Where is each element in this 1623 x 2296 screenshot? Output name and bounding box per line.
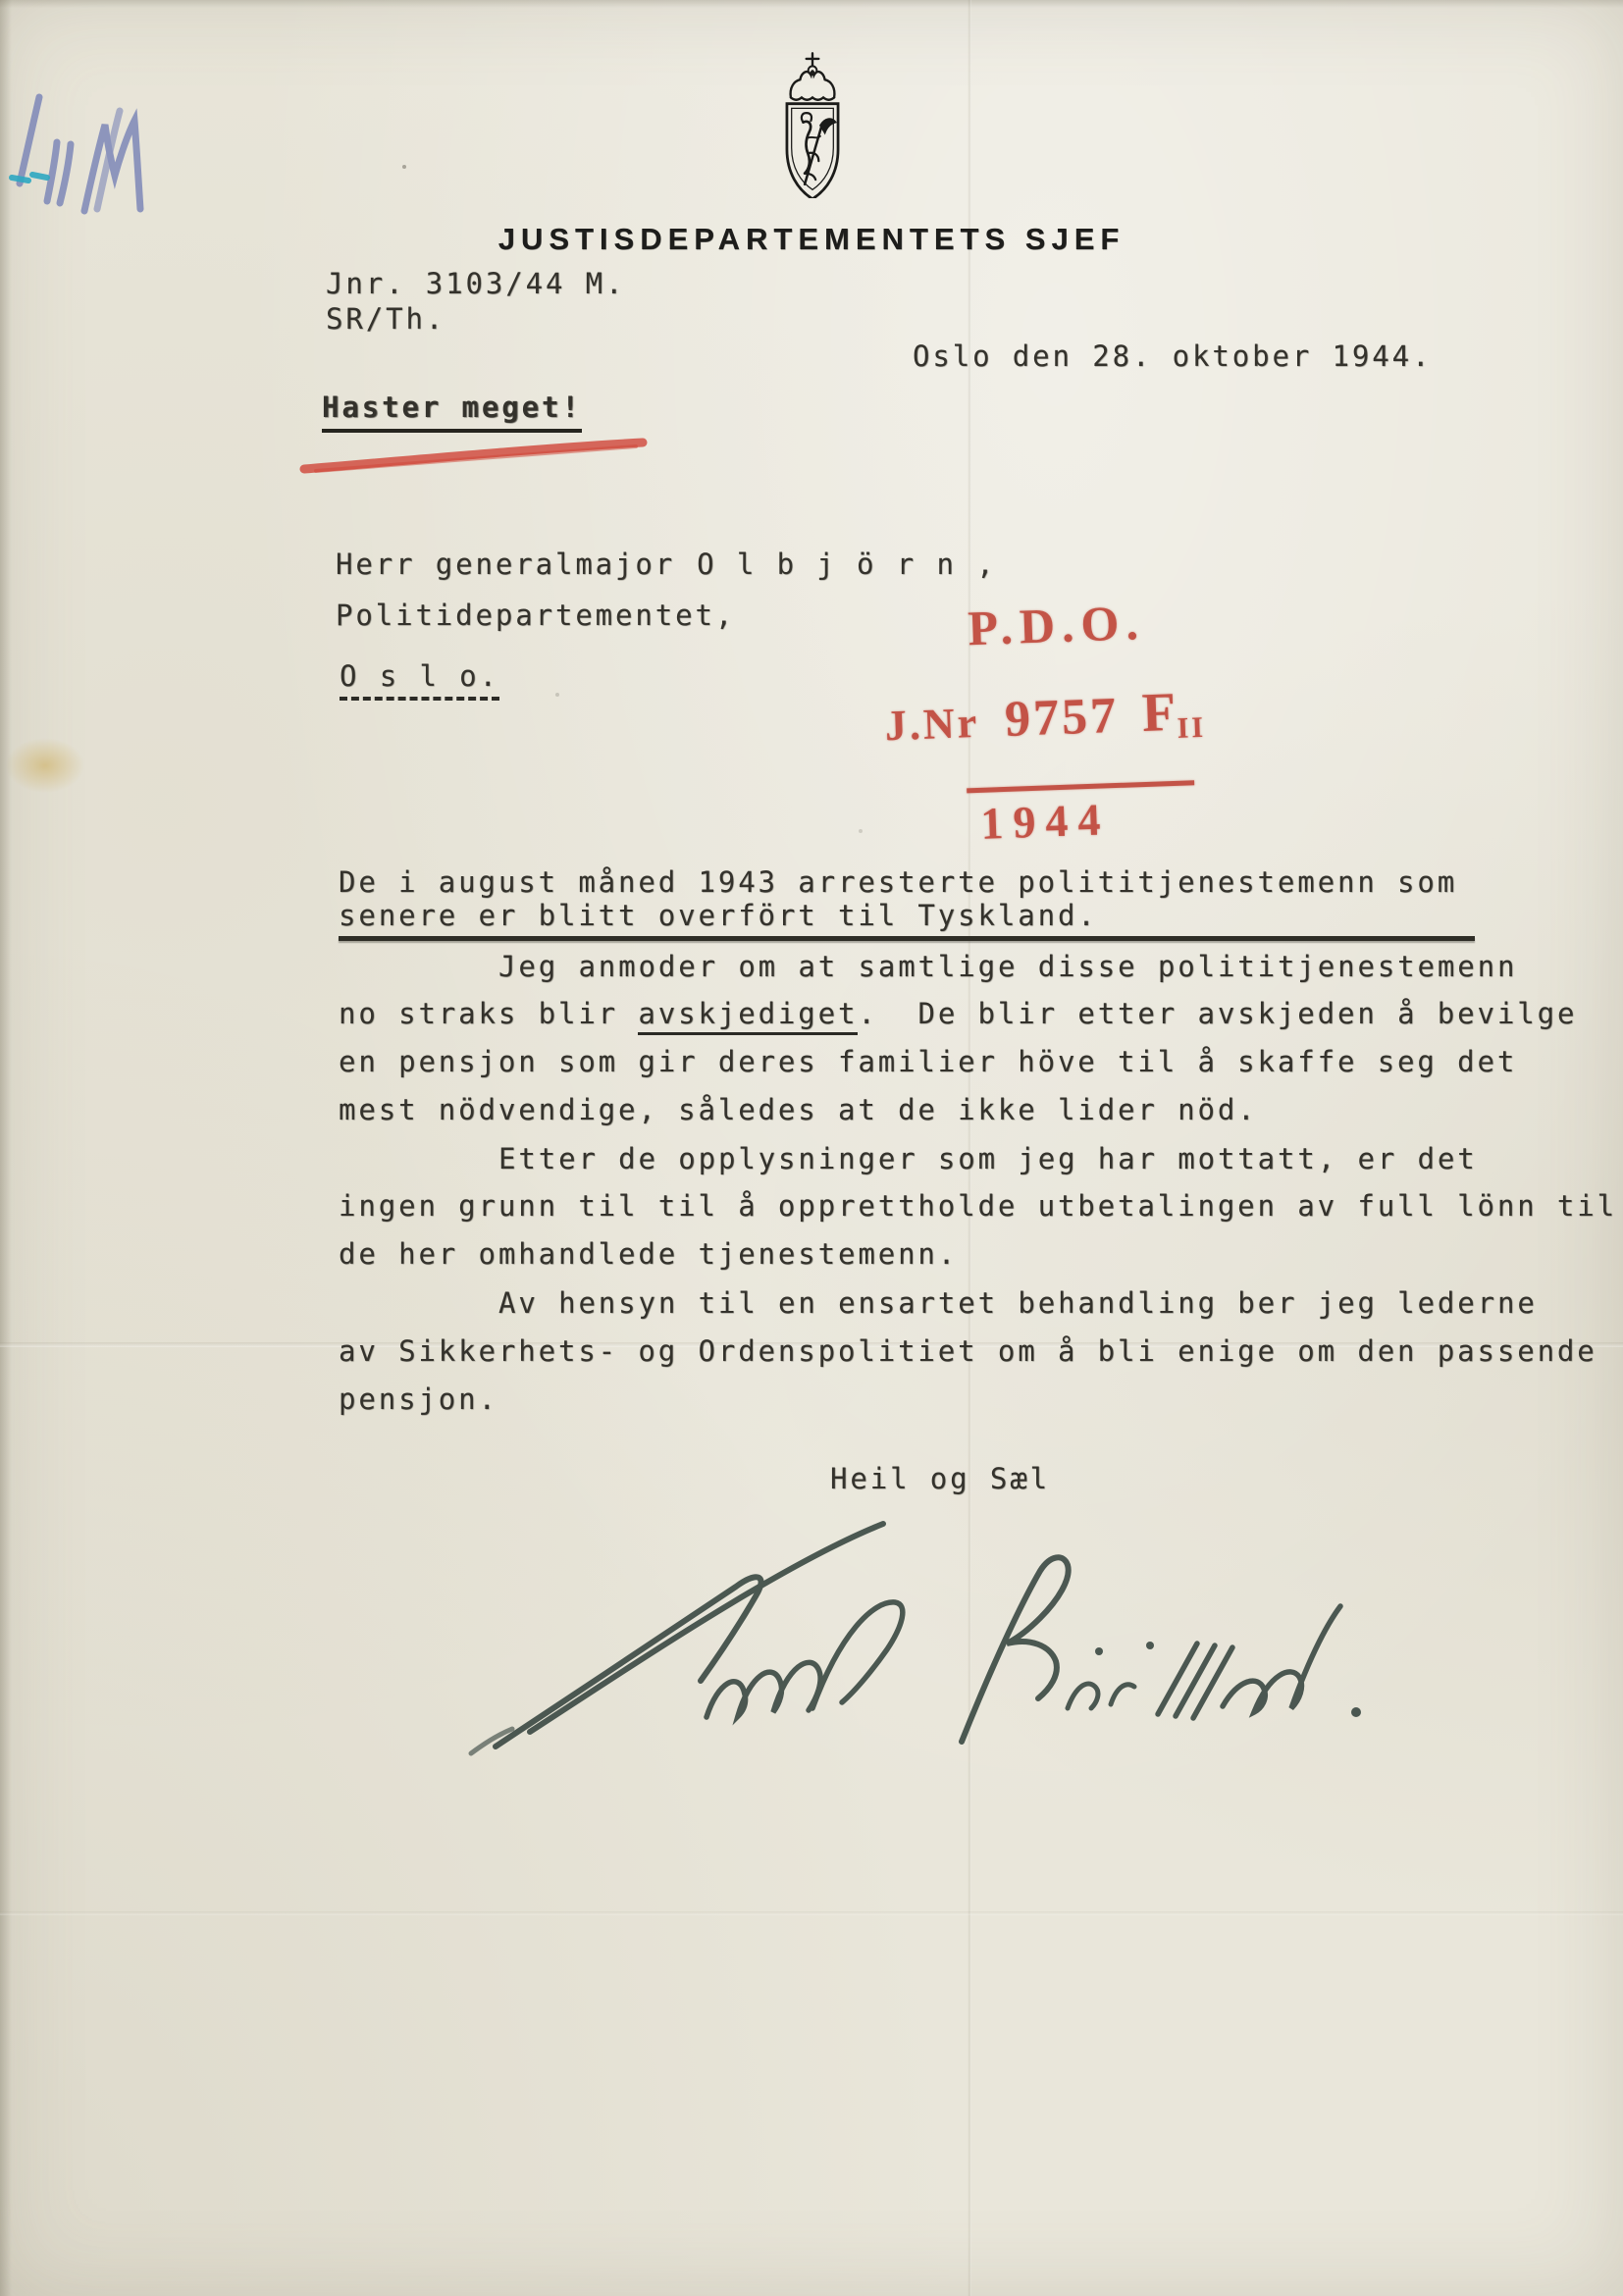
ink-speck <box>555 693 559 697</box>
fold-crease-horizontal-2 <box>0 1911 1623 1915</box>
urgency-note: Haster meget! <box>322 391 582 424</box>
scan-edge-left <box>0 0 12 2296</box>
body-line: mest nödvendige, således at de ikke lide… <box>339 1093 1258 1126</box>
body-line: av Sikkerhets- og Ordenspolitiet om å bl… <box>339 1334 1597 1368</box>
closing-salutation: Heil og Sæl <box>830 1462 1050 1495</box>
stamp-org: P.D.O. <box>967 594 1145 656</box>
subject-underline <box>339 936 1475 941</box>
recipient-line-1: Herr generalmajorO l b j ö r n , <box>336 548 997 581</box>
stamp-code: F <box>1141 682 1179 744</box>
subject-line-2: senere er blitt overfört til Tyskland. <box>339 899 1098 932</box>
underlined-word: avskjediget <box>638 997 858 1035</box>
recipient-line-2: Politidepartementet, <box>336 599 735 632</box>
body-line: de her omhandlede tjenestemenn. <box>339 1237 958 1271</box>
stamp-journal-line: J.Nr9757FII <box>884 680 1209 754</box>
letter-page: JUSTISDEPARTEMENTETS SJEF Jnr. 3103/44 M… <box>0 0 1623 2296</box>
registry-stamp: P.D.O. J.Nr9757FII 1944 <box>859 582 1261 870</box>
ink-speck <box>859 829 863 833</box>
paper-stain <box>6 738 84 793</box>
recipient-name: O l b j ö r n , <box>697 548 996 581</box>
ink-speck <box>402 165 406 169</box>
recipient-title: Herr generalmajor <box>336 548 675 581</box>
urgency-text: Haster meget! <box>322 391 582 433</box>
signature-scrawl <box>412 1506 1374 1761</box>
subject-line-1: De i august måned 1943 arresterte politi… <box>339 865 1457 899</box>
clerk-initials: SR/Th. <box>326 302 445 336</box>
journal-number: Jnr. 3103/44 M. <box>326 267 625 300</box>
recipient-line-3: O s l o. <box>340 659 499 693</box>
stamp-journal-label: J.Nr <box>884 699 980 750</box>
body-line: pensjon. <box>339 1383 498 1416</box>
body-line: Av hensyn til en ensartet behandling ber… <box>498 1286 1538 1320</box>
norway-coat-of-arms-icon <box>773 51 852 198</box>
body-line: Etter de opplysninger som jeg har mottat… <box>498 1142 1478 1175</box>
stamp-year: 1944 <box>979 793 1111 850</box>
date-line: Oslo den 28. oktober 1944. <box>913 339 1432 373</box>
scan-edge-top <box>0 0 1623 8</box>
body-line: ingen grunn til til å opprettholde utbet… <box>339 1189 1617 1223</box>
body-line: en pensjon som gir deres familier höve t… <box>339 1045 1517 1078</box>
stamp-journal-number: 9757 <box>1004 688 1120 748</box>
body-line: Jeg anmoder om at samtlige disse politit… <box>498 950 1517 983</box>
body-segment: . De blir etter avskjeden å bevilge <box>858 997 1577 1030</box>
body-segment: no straks blir <box>339 997 638 1030</box>
stamp-code-subscript: II <box>1177 711 1206 745</box>
body-line: no straks blir avskjediget. De blir ette… <box>339 997 1577 1030</box>
red-pencil-underline <box>294 436 657 479</box>
stamp-rule <box>967 780 1194 793</box>
recipient-city: O s l o. <box>340 659 499 701</box>
letterhead-title: JUSTISDEPARTEMENTETS SJEF <box>0 222 1623 257</box>
